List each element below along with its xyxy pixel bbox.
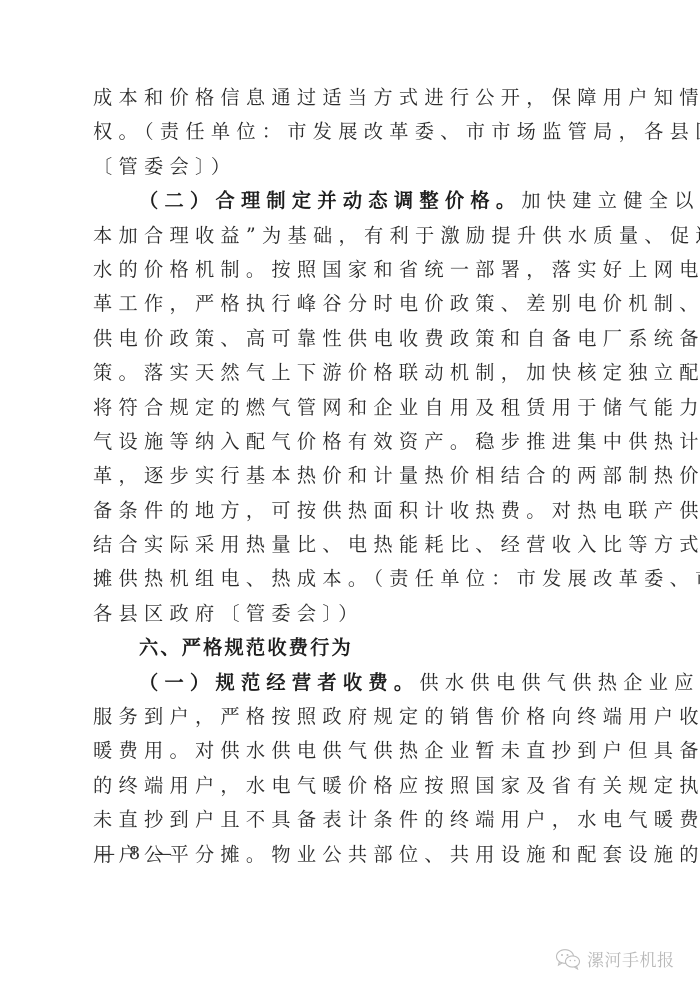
text-line: 的终端用户，水电气暖价格应按照国家及省有关规定执行。对暂 [93,769,613,803]
text-line: 本加合理收益”为基础，有利于激励提升供水质量、促进节约用 [93,219,613,253]
subsection-title: （二）合理制定并动态调整价格。 [139,189,521,212]
subsection-2-line: （二）合理制定并动态调整价格。加快建立健全以“准许成 [93,184,613,218]
wechat-icon [555,948,581,970]
text-line: 摊供热机组电、热成本。（责任单位：市发展改革委、市财政局， [93,562,613,596]
text-line: 各县区政府〔管委会〕） [93,597,613,631]
watermark: 漯河手机报 [555,946,675,971]
text-line: 革工作，严格执行峰谷分时电价政策、差别电价机制、非电网直 [93,287,613,321]
text-run: 加快建立健全以“准许成 [521,189,700,212]
text-line: 服务到户，严格按照政府规定的销售价格向终端用户收取水电气 [93,700,613,734]
text-line: 暖费用。对供水供电供气供热企业暂未直抄到户但具备表计条件 [93,734,613,768]
text-line: 〔管委会〕） [93,150,613,184]
text-line: 供电价政策、高可靠性供电收费政策和自备电厂系统备用费政 [93,322,613,356]
subsection-1-line: （一）规范经营者收费。供水供电供气供热企业应抄表到户、 [93,666,613,700]
document-body: 成本和价格信息通过适当方式进行公开，保障用户知情权和监督 权。（责任单位：市发展… [93,81,613,872]
document-page: 成本和价格信息通过适当方式进行公开，保障用户知情权和监督 权。（责任单位：市发展… [0,0,700,990]
text-line: 气设施等纳入配气价格有效资产。稳步推进集中供热计量收费改 [93,425,613,459]
text-line: 备条件的地方，可按供热面积计收热费。对热电联产供热企业， [93,494,613,528]
watermark-label: 漯河手机报 [587,946,675,971]
text-line: 未直抄到户且不具备表计条件的终端用户，水电气暖费用由终端 [93,803,613,837]
section-heading: 六、严格规范收费行为 [93,631,613,665]
text-line: 革，逐步实行基本热价和计量热价相结合的两部制热价，暂不具 [93,459,613,493]
text-line: 结合实际采用热量比、电热能耗比、经营收入比等方式，合理分 [93,528,613,562]
text-line: 水的价格机制。按照国家和省统一部署，落实好上网电价机制改 [93,253,613,287]
text-run: 供水供电供气供热企业应抄表到户、 [419,671,700,694]
text-line: 成本和价格信息通过适当方式进行公开，保障用户知情权和监督 [93,81,613,115]
subsection-title: （一）规范经营者收费。 [139,671,419,694]
text-line: 策。落实天然气上下游价格联动机制，加快核定独立配气价格， [93,356,613,390]
page-number: — 8 — [97,843,176,864]
text-line: 将符合规定的燃气管网和企业自用及租赁用于储气能力建设的储 [93,391,613,425]
text-line: 权。（责任单位：市发展改革委、市市场监管局，各县区政府 [93,115,613,149]
